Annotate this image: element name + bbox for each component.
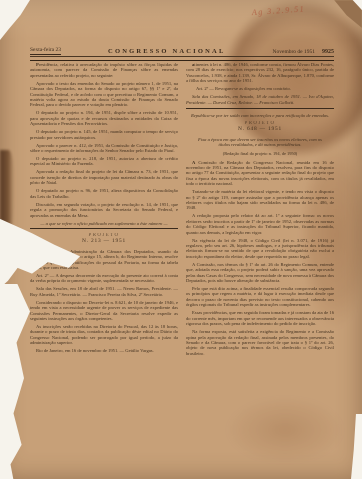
section-label-left: PROJETO (30, 233, 178, 238)
paragraph: Pelo que está dito acima, a finalidade e… (186, 286, 334, 308)
page-number: 9925 (322, 49, 334, 55)
section-number-left: N. 213 — 1951 (30, 239, 178, 244)
paragraph: Discutido, em segunda votação, o projeto… (30, 202, 178, 218)
left-column-section-2: O Conselho de Administração da Câmara do… (30, 249, 178, 354)
left-column-section-1: Presidência, relativa à arrecadação do i… (30, 62, 178, 218)
right-column-continuation: atinentes à lei n. 486, de 1946, conform… (186, 62, 334, 84)
paragraph: Aprovada a redação final do projeto de l… (30, 169, 178, 185)
paragraph: atinentes à lei n. 486, de 1946, conform… (186, 62, 334, 84)
section-number-right: N. 648 — 1951 (186, 127, 334, 132)
paragraph: Na forma exposta, está satisfeita a exig… (186, 329, 334, 356)
paragraph: O deputado ao projeto n. 96, de 1951, al… (30, 188, 178, 199)
paragraph: Aprovado o texto das emendas do Senado a… (30, 81, 178, 108)
paragraph: O deputado ao projeto n. 194, de 1951, d… (30, 110, 178, 126)
section-subtitle: (Redação final do projeto n. 194, de 195… (186, 151, 334, 156)
paragraph: O deputado ao projeto n. 218, de 1951, a… (30, 156, 178, 167)
paragraph: Tratando-se de matéria da lei eleitoral … (186, 189, 334, 211)
paragraph: Essas providências, que em seguida foram… (186, 310, 334, 326)
paragraph: Sala das Sessões, em 18 de abril de 1951… (30, 286, 178, 297)
paragraph: Considerando o disposto no Decreto-lei n… (30, 300, 178, 322)
torn-band-left-lower (0, 284, 30, 479)
paragraph: Presidência, relativa à arrecadação do i… (30, 62, 178, 78)
right-column-body: A Comissão de Redação do Congresso Nacio… (186, 160, 334, 357)
header-right: Novembro de 1951 9925 (273, 49, 334, 55)
section-label-right: PROJETO (186, 121, 334, 126)
paragraph: Na vigência da lei de 1948, o Código Civ… (186, 238, 334, 260)
left-column: Presidência, relativa à arrecadação do i… (30, 62, 178, 444)
paragraph: A Comissão de Redação do Congresso Nacio… (186, 160, 334, 187)
paragraph: A redação proposta pelo relator dá ao ar… (186, 213, 334, 235)
article-line: Art. 2º — Revogam-se as disposições em c… (186, 86, 334, 91)
dark-spot-bottom-left (13, 437, 21, 443)
paragraph: Aprovado o parecer n. 412, de 1951, da C… (30, 143, 178, 154)
section-summary: Fixa a época em que devem ser inscritos … (186, 137, 334, 148)
torn-tip-top-right (349, 0, 362, 13)
right-column: atinentes à lei n. 486, de 1946, conform… (186, 62, 334, 444)
column-rule-left (30, 228, 178, 229)
header-date-left: Sexta-feira 23 (30, 47, 61, 55)
torn-corner-top-left (0, 0, 30, 40)
note-line: — a que se refere o ofício publicado em … (30, 221, 178, 226)
paragraph: O Conselho de Administração da Câmara do… (30, 249, 178, 271)
dark-edge-blotch (0, 150, 14, 245)
scanned-document-page: Sexta-feira 23 CONGRESSO NACIONAL Novemb… (0, 0, 362, 479)
header-title: CONGRESSO NACIONAL (108, 48, 225, 55)
republish-note: Republica-se por ter saído com incorreçõ… (186, 113, 334, 118)
column-rule-right (186, 108, 334, 109)
header-rule (30, 56, 334, 61)
paragraph: Art. 2º — A despesa decorrente da execuç… (30, 273, 178, 284)
paragraph: Rio de Janeiro, em 16 de novembro de 195… (30, 348, 178, 353)
header-date-right: Novembro de 1951 (273, 49, 315, 55)
page-header: Sexta-feira 23 CONGRESSO NACIONAL Novemb… (30, 44, 334, 55)
signature-line: Sala das Comissões, em Senado, 18 de out… (186, 94, 334, 105)
paragraph: As inscrições serão recebidas na Diretor… (30, 324, 178, 346)
dark-corner-top-right (328, 0, 362, 28)
faded-top-strip (0, 0, 362, 40)
paragraph: A Comissão, nos têrmos do § 1º do art. 2… (186, 262, 334, 284)
handwriting-annotation: Ag 3.2.9.51 (252, 2, 343, 24)
paragraph: O deputado ao projeto n. 145, de 1951, m… (30, 129, 178, 140)
torn-sliver-bottom-right (351, 414, 362, 479)
